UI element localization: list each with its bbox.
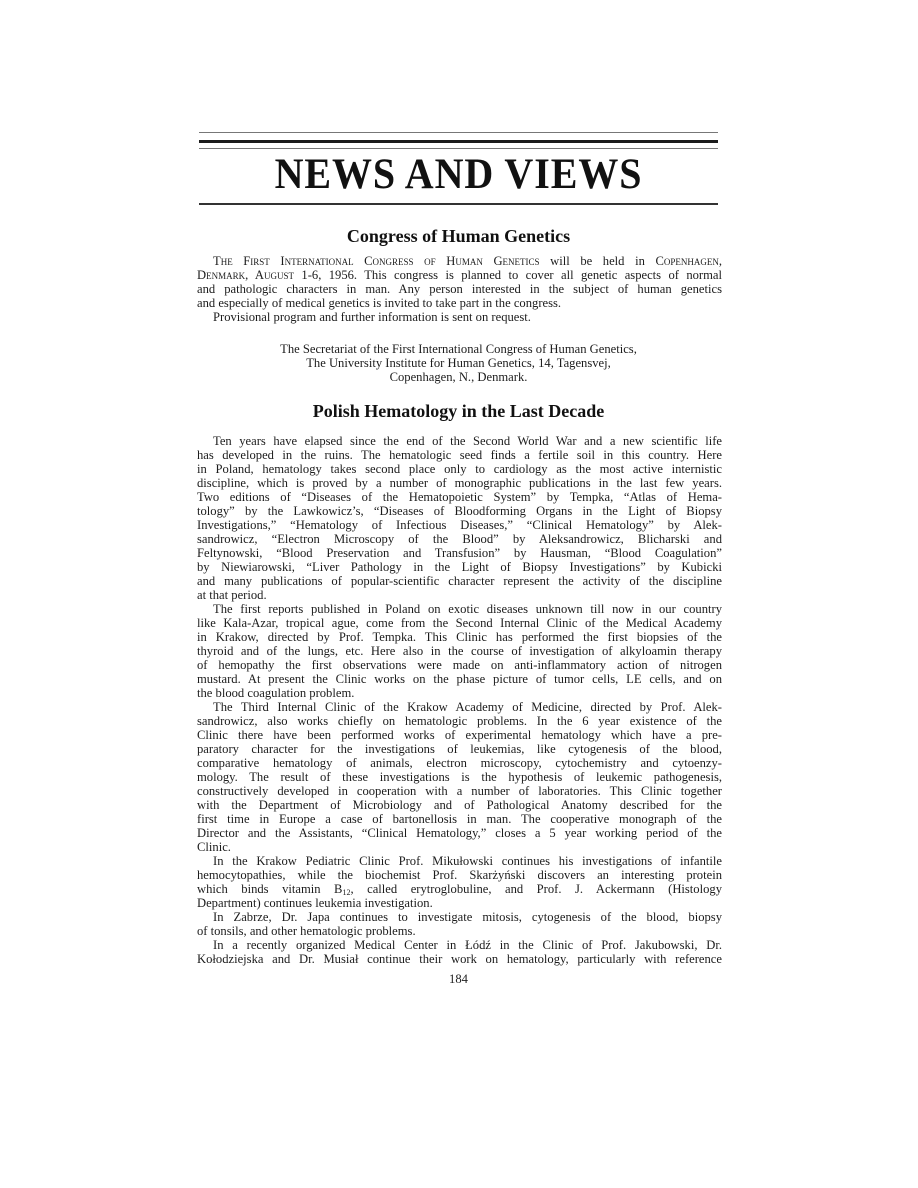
text-line: In the Krakow Pediatric Clinic Prof. Mik… (213, 854, 722, 868)
text-line: Department) continues leukemia investiga… (197, 896, 722, 910)
text-line: Kołodziejska and Dr. Musiał continue the… (197, 952, 722, 966)
text-line: tology” by the Lawkowicz’s, “Diseases of… (197, 504, 722, 518)
page-number: 184 (199, 972, 718, 987)
top-rule-thin-2 (199, 148, 718, 149)
congress-line: and especially of medical genetics is in… (197, 296, 722, 310)
text-line: at that period. (197, 588, 722, 602)
congress-line: Provisional program and further informat… (213, 310, 722, 324)
congress-line: Denmark, August 1-6, 1956. This congress… (197, 268, 722, 282)
text-line: hemocytopathies, while the biochemist Pr… (197, 868, 722, 882)
text-line: with the Department of Microbiology and … (197, 798, 722, 812)
text-line: has developed in the ruins. The hematolo… (197, 448, 722, 462)
masthead-bottom-rule (199, 203, 718, 205)
text-line: constructively developed in cooperation … (197, 784, 722, 798)
text-line: Investigations,” “Hematology of Infectio… (197, 518, 722, 532)
address-line: Copenhagen, N., Denmark. (199, 370, 718, 384)
text-line: comparative hematology of animals, elect… (197, 756, 722, 770)
text-line: and many publications of popular-scienti… (197, 574, 722, 588)
text-line: The Third Internal Clinic of the Krakow … (213, 700, 722, 714)
congress-line: The First International Congress of Huma… (213, 254, 722, 268)
text-line: The first reports published in Poland on… (213, 602, 722, 616)
text-line: like Kala-Azar, tropical ague, come from… (197, 616, 722, 630)
congress-heading: Congress of Human Genetics (199, 226, 718, 247)
text-line: by Niewiarowski, “Liver Pathology in the… (197, 560, 722, 574)
top-rule-thin-1 (199, 132, 718, 133)
text-line: Ten years have elapsed since the end of … (213, 434, 722, 448)
text-line: first time in Europe a case of bartonell… (197, 812, 722, 826)
text-line: mology. The result of these investigatio… (197, 770, 722, 784)
text-line: Clinic there have been performed works o… (197, 728, 722, 742)
text-line: Feltynowski, “Blood Preservation and Tra… (197, 546, 722, 560)
address-line: The Secretariat of the First Internation… (199, 342, 718, 356)
masthead-title: NEWS AND VIEWS (217, 150, 700, 200)
text-line: Clinic. (197, 840, 722, 854)
text-line: In a recently organized Medical Center i… (213, 938, 722, 952)
text-line: in Poland, hematology takes second place… (197, 462, 722, 476)
text-line: of tonsils, and other hematologic proble… (197, 924, 722, 938)
text-line: sandrowicz, also works chiefly on hemato… (197, 714, 722, 728)
text-line: Director and the Assistants, “Clinical H… (197, 826, 722, 840)
address-line: The University Institute for Human Genet… (199, 356, 718, 370)
top-rule-thick (199, 140, 718, 143)
text-line: sandrowicz, “Electron Microscopy of the … (197, 532, 722, 546)
text-line: Two editions of “Diseases of the Hematop… (197, 490, 722, 504)
text-line: paratory character for the investigation… (197, 742, 722, 756)
polish-heading: Polish Hematology in the Last Decade (199, 401, 718, 422)
text-line: the blood coagulation problem. (197, 686, 722, 700)
text-line: discipline, which is proved by a number … (197, 476, 722, 490)
congress-line: and pathologic characters in man. Any pe… (197, 282, 722, 296)
text-line: mustard. At present the Clinic works on … (197, 672, 722, 686)
text-line: in Krakow, directed by Prof. Tempka. Thi… (197, 630, 722, 644)
text-line: In Zabrze, Dr. Japa continues to investi… (213, 910, 722, 924)
text-line: of hemopathy the first observations were… (197, 658, 722, 672)
text-line: thyroid and of the lungs, etc. Here also… (197, 644, 722, 658)
